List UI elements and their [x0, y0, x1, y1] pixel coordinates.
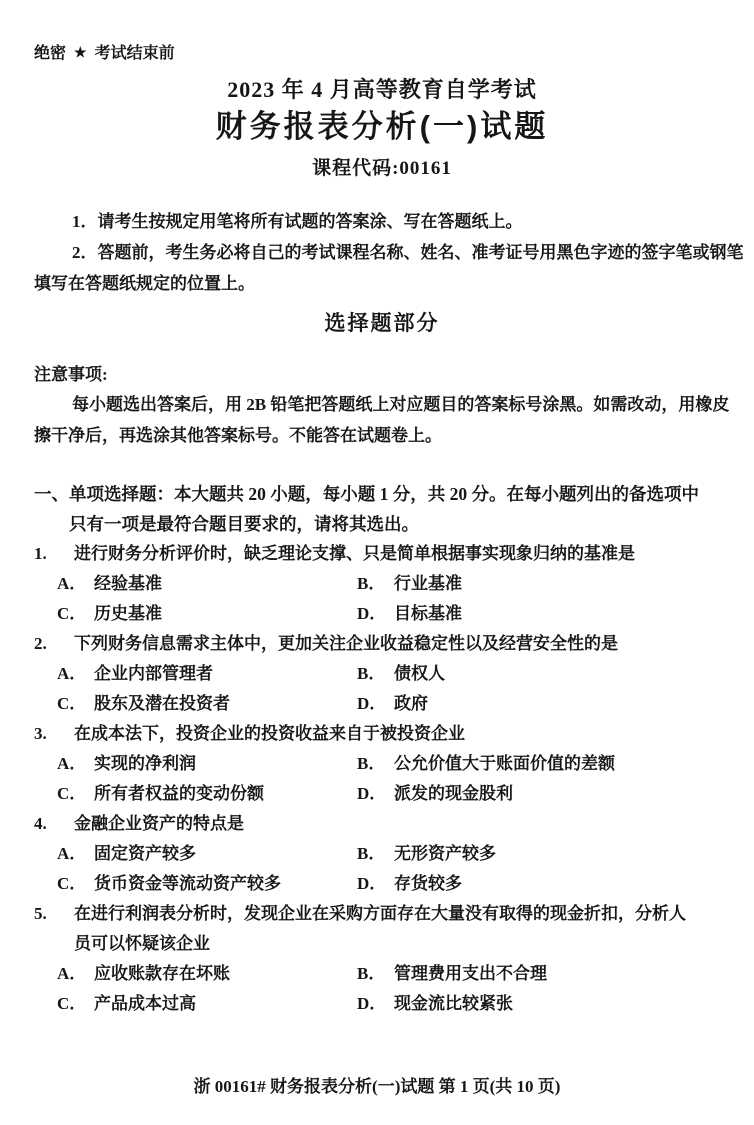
option-a: A．应收账款存在坏账	[57, 959, 357, 989]
option-label: B．	[357, 959, 394, 989]
option-b: B．行业基准	[357, 569, 730, 599]
option-b: B．公允价值大于账面价值的差额	[357, 749, 730, 779]
option-text: 政府	[394, 694, 428, 713]
question-stem-line: 2.下列财务信息需求主体中，更加关注企业收益稳定性以及经营安全性的是	[34, 629, 730, 659]
question-number: 3.	[34, 719, 74, 749]
option-a: A．固定资产较多	[57, 839, 357, 869]
option-text: 所有者权益的变动份额	[94, 784, 264, 803]
option-label: C．	[57, 599, 94, 629]
option-label: B．	[357, 569, 394, 599]
option-text: 目标基准	[394, 604, 462, 623]
option-text: 历史基准	[94, 604, 162, 623]
option-b: B．管理费用支出不合理	[357, 959, 730, 989]
notes-heading: 注意事项:	[34, 361, 730, 389]
option-label: A．	[57, 569, 94, 599]
option-label: B．	[357, 749, 394, 779]
option-text: 产品成本过高	[94, 994, 196, 1013]
option-label: D．	[357, 869, 394, 899]
question-number: 5.	[34, 899, 74, 929]
option-a: A．经验基准	[57, 569, 357, 599]
option-text: 应收账款存在坏账	[94, 964, 230, 983]
notes-line-2: 擦干净后，再选涂其他答案标号。不能答在试题卷上。	[34, 420, 730, 451]
course-code: 课程代码:00161	[34, 157, 730, 181]
option-text: 股东及潜在投资者	[94, 694, 230, 713]
option-text: 现金流比较紧张	[394, 994, 513, 1013]
option-label: A．	[57, 839, 94, 869]
option-text: 无形资产较多	[394, 844, 496, 863]
part-one-heading: 一、单项选择题：本大题共 20 小题，每小题 1 分，共 20 分。在每小题列出…	[34, 479, 730, 539]
option-a: A．企业内部管理者	[57, 659, 357, 689]
option-d: D．现金流比较紧张	[357, 989, 730, 1019]
instructions-block: 1．请考生按规定用笔将所有试题的答案涂、写在答题纸上。 2．答题前，考生务必将自…	[34, 206, 730, 299]
exam-session-title: 2023 年 4 月高等教育自学考试	[34, 76, 730, 104]
option-label: C．	[57, 869, 94, 899]
part-number: 一、	[34, 484, 69, 504]
question-3: 3.在成本法下，投资企业的投资收益来自于被投资企业 A．实现的净利润 B．公允价…	[34, 719, 730, 809]
question-stem-line: 5.在进行利润表分析时，发现企业在采购方面存在大量没有取得的现金折扣，分析人	[34, 899, 730, 929]
notes-line-1: 每小题选出答案后，用 2B 铅笔把答题纸上对应题目的答案标号涂黑。如需改动，用橡…	[34, 389, 730, 420]
option-label: A．	[57, 749, 94, 779]
option-label: D．	[357, 779, 394, 809]
star-icon: ★	[74, 44, 87, 64]
option-label: B．	[357, 659, 394, 689]
option-text: 固定资产较多	[94, 844, 196, 863]
option-text: 债权人	[394, 664, 445, 683]
options-grid: A．应收账款存在坏账 B．管理费用支出不合理 C．产品成本过高 D．现金流比较紧…	[57, 959, 730, 1019]
option-label: C．	[57, 689, 94, 719]
question-stem-line: 4.金融企业资产的特点是	[34, 809, 730, 839]
part-heading-text: 单项选择题：本大题共 20 小题，每小题 1 分，共 20 分。在每小题列出的备…	[69, 484, 699, 504]
option-c: C．历史基准	[57, 599, 357, 629]
classification-banner: 绝密 ★ 考试结束前	[34, 44, 730, 64]
question-stem-line: 1.进行财务分析评价时，缺乏理论支撑、只是简单根据事实现象归纳的基准是	[34, 539, 730, 569]
option-d: D．政府	[357, 689, 730, 719]
part-heading-line-1: 一、单项选择题：本大题共 20 小题，每小题 1 分，共 20 分。在每小题列出…	[34, 479, 730, 509]
exam-page: 绝密 ★ 考试结束前 2023 年 4 月高等教育自学考试 财务报表分析(一)试…	[0, 0, 754, 1125]
option-label: D．	[357, 989, 394, 1019]
section-title: 选择题部分	[34, 310, 730, 338]
option-text: 企业内部管理者	[94, 664, 213, 683]
options-grid: A．经验基准 B．行业基准 C．历史基准 D．目标基准	[57, 569, 730, 629]
options-grid: A．实现的净利润 B．公允价值大于账面价值的差额 C．所有者权益的变动份额 D．…	[57, 749, 730, 809]
option-c: C．产品成本过高	[57, 989, 357, 1019]
option-label: D．	[357, 689, 394, 719]
question-2: 2.下列财务信息需求主体中，更加关注企业收益稳定性以及经营安全性的是 A．企业内…	[34, 629, 730, 719]
option-label: D．	[357, 599, 394, 629]
option-d: D．目标基准	[357, 599, 730, 629]
option-text: 实现的净利润	[94, 754, 196, 773]
option-label: C．	[57, 989, 94, 1019]
paper-title: 财务报表分析(一)试题	[34, 108, 730, 146]
question-stem: 在进行利润表分析时，发现企业在采购方面存在大量没有取得的现金折扣，分析人	[74, 904, 686, 923]
instruction-item-1: 1．请考生按规定用笔将所有试题的答案涂、写在答题纸上。	[34, 206, 730, 237]
option-text: 公允价值大于账面价值的差额	[394, 754, 615, 773]
question-stem: 在成本法下，投资企业的投资收益来自于被投资企业	[74, 724, 465, 743]
option-label: A．	[57, 959, 94, 989]
page-footer: 浙 00161# 财务报表分析(一)试题 第 1 页(共 10 页)	[0, 1076, 754, 1098]
question-number: 2.	[34, 629, 74, 659]
option-label: A．	[57, 659, 94, 689]
option-text: 派发的现金股利	[394, 784, 513, 803]
question-4: 4.金融企业资产的特点是 A．固定资产较多 B．无形资产较多 C．货币资金等流动…	[34, 809, 730, 899]
question-number: 1.	[34, 539, 74, 569]
question-5: 5.在进行利润表分析时，发现企业在采购方面存在大量没有取得的现金折扣，分析人 员…	[34, 899, 730, 1019]
option-text: 管理费用支出不合理	[394, 964, 547, 983]
option-c: C．股东及潜在投资者	[57, 689, 357, 719]
question-1: 1.进行财务分析评价时，缺乏理论支撑、只是简单根据事实现象归纳的基准是 A．经验…	[34, 539, 730, 629]
option-d: D．存货较多	[357, 869, 730, 899]
option-text: 经验基准	[94, 574, 162, 593]
question-stem: 金融企业资产的特点是	[74, 814, 244, 833]
option-text: 货币资金等流动资产较多	[94, 874, 281, 893]
question-stem-line: 3.在成本法下，投资企业的投资收益来自于被投资企业	[34, 719, 730, 749]
classification-label: 绝密	[34, 44, 66, 64]
question-stem: 下列财务信息需求主体中，更加关注企业收益稳定性以及经营安全性的是	[74, 634, 618, 653]
option-a: A．实现的净利润	[57, 749, 357, 779]
options-grid: A．企业内部管理者 B．债权人 C．股东及潜在投资者 D．政府	[57, 659, 730, 719]
question-stem: 进行财务分析评价时，缺乏理论支撑、只是简单根据事实现象归纳的基准是	[74, 544, 635, 563]
option-c: C．所有者权益的变动份额	[57, 779, 357, 809]
option-b: B．无形资产较多	[357, 839, 730, 869]
instruction-item-2-line-2: 填写在答题纸规定的位置上。	[34, 268, 730, 299]
options-grid: A．固定资产较多 B．无形资产较多 C．货币资金等流动资产较多 D．存货较多	[57, 839, 730, 899]
question-number: 4.	[34, 809, 74, 839]
instruction-item-2-line-1: 2．答题前，考生务必将自己的考试课程名称、姓名、准考证号用黑色字迹的签字笔或钢笔	[34, 237, 730, 268]
option-text: 行业基准	[394, 574, 462, 593]
option-text: 存货较多	[394, 874, 462, 893]
option-d: D．派发的现金股利	[357, 779, 730, 809]
option-b: B．债权人	[357, 659, 730, 689]
option-label: C．	[57, 779, 94, 809]
exam-stage-label: 考试结束前	[95, 44, 175, 64]
part-heading-line-2: 只有一项是最符合题目要求的，请将其选出。	[34, 509, 730, 539]
notes-block: 注意事项: 每小题选出答案后，用 2B 铅笔把答题纸上对应题目的答案标号涂黑。如…	[34, 361, 730, 451]
option-c: C．货币资金等流动资产较多	[57, 869, 357, 899]
option-label: B．	[357, 839, 394, 869]
question-stem-continued: 员可以怀疑该企业	[34, 929, 730, 959]
